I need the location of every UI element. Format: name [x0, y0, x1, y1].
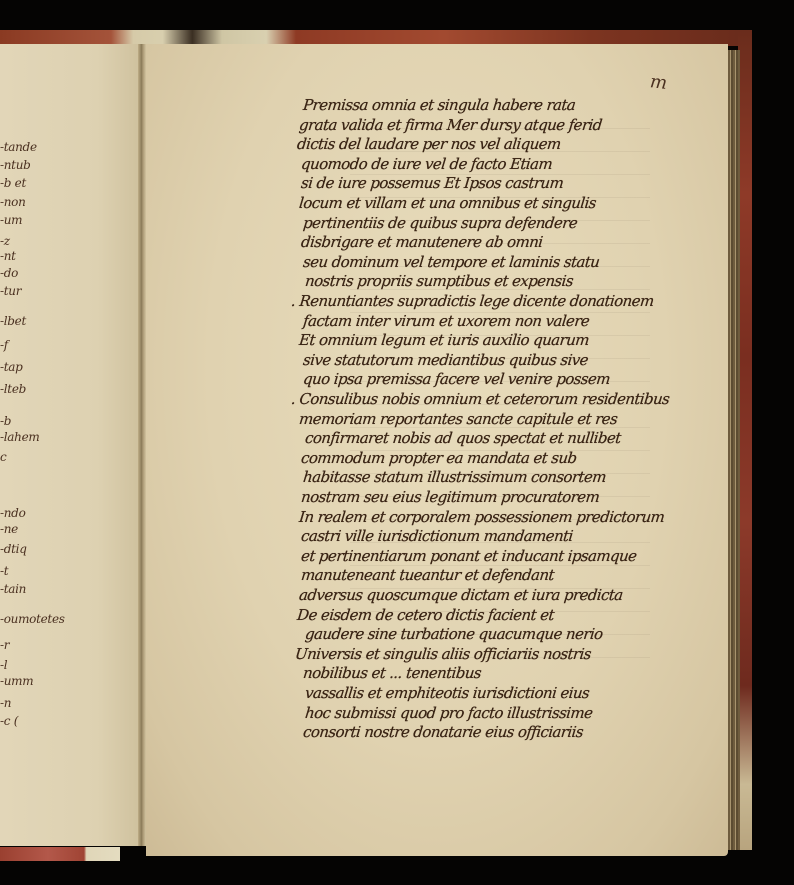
left-text-fragment: -tande [0, 140, 37, 154]
manuscript-line: Et omnium legum et iuris auxilio quarum [298, 331, 590, 353]
manuscript-line: vassallis et emphiteotis iurisdictioni e… [304, 684, 590, 706]
left-text-fragment: -oumotetes [0, 612, 65, 626]
manuscript-line: gaudere sine turbatione quacumque nerio [304, 625, 604, 647]
book-gutter [138, 44, 146, 846]
manuscript-line: nostram seu eius legitimum procuratorem [300, 488, 600, 510]
left-text-fragment: -z [0, 234, 10, 248]
left-text-fragment: -ntub [0, 158, 31, 172]
left-text-fragment: -b et [0, 176, 26, 190]
left-text-fragment: -t [0, 564, 8, 578]
manuscript-line: adversus quoscumque dictam et iura predi… [298, 586, 624, 608]
left-text-fragment: -lbet [0, 314, 26, 328]
manuscript-line: . Consulibus nobis omnium et ceterorum r… [290, 390, 670, 412]
binding-right-edge [738, 30, 752, 850]
left-text-fragment: -do [0, 266, 18, 280]
page-edges [728, 50, 740, 850]
manuscript-line: locum et villam et una omnibus et singul… [298, 194, 597, 216]
left-text-fragment: -um [0, 213, 22, 227]
manuscript-line: disbrigare et manutenere ab omni [300, 233, 544, 255]
left-text-fragment: -tain [0, 582, 26, 596]
manuscript-line: consorti nostre donatarie eius officiari… [302, 723, 584, 745]
left-text-fragment: -lteb [0, 382, 26, 396]
left-text-fragment: -umm [0, 674, 33, 688]
left-text-fragment: -nt [0, 249, 16, 263]
left-page: -tande-ntub-b et-non-um-z-nt-do-tur-lbet… [0, 44, 140, 846]
manuscript-line: . Renuntiantes supradictis lege dicente … [290, 292, 655, 314]
left-text-fragment: -b [0, 414, 11, 428]
left-text-fragment: c [0, 450, 6, 464]
left-text-fragment: -n [0, 696, 11, 710]
binding-bottom-edge [0, 847, 120, 861]
manuscript-line: Premissa omnia et singula habere rata [302, 96, 576, 118]
left-text-fragment: -r [0, 638, 9, 652]
left-text-fragment: -ndo [0, 506, 26, 520]
left-text-fragment: -c ( [0, 714, 18, 728]
left-text-fragment: -f [0, 338, 8, 352]
manuscript-line: castri ville iurisdictionum mandamenti [300, 527, 574, 549]
left-text-fragment: -tur [0, 284, 21, 298]
left-text-fragment: -ne [0, 522, 18, 536]
manuscript-line: dictis del laudare per nos vel aliquem [296, 135, 562, 157]
left-text-fragment: -l [0, 658, 7, 672]
left-text-fragment: -tap [0, 360, 23, 374]
left-text-fragment: -dtiq [0, 542, 27, 556]
left-text-fragment: -lahem [0, 430, 39, 444]
manuscript-line: confirmaret nobis ad quos spectat et nul… [304, 429, 622, 451]
left-text-fragment: -non [0, 195, 26, 209]
folio-number: m [649, 71, 668, 94]
